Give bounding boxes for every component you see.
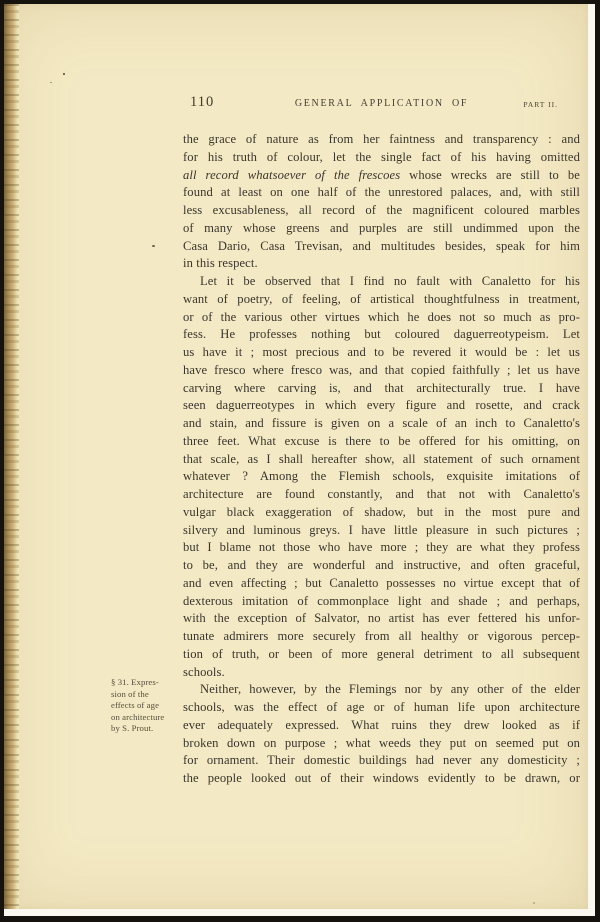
margin-note-line: § 31. Expres- [111,677,187,689]
text-line: Casa Dario, Casa Trevisan, and multitude… [183,238,580,256]
text-line: for his truth of colour, let the single … [183,149,580,167]
text-line: for ornament. Their domestic buildings h… [183,752,580,770]
scan-speck [50,82,52,83]
text-line: of many whose greens and purples are sti… [183,220,580,238]
text-line: or of the various other virtues which he… [183,309,580,327]
text-line: all record whatsoever of the frescoes wh… [183,167,580,185]
text-line: want of poetry, of feeling, of artistica… [183,291,580,309]
text-line: found at least on one half of the unrest… [183,184,580,202]
scan-speck [152,245,155,247]
text-line: carving where carving is, and that archi… [183,380,580,398]
text-line: vulgar black exaggeration of shadow, but… [183,504,580,522]
scan-speck [533,902,535,904]
text-line: architecture are found constantly, and t… [183,486,580,504]
text-line: have fresco where fresco was, and that c… [183,362,580,380]
text-line: Neither, however, by the Flemings nor by… [183,681,580,699]
text-line: in this respect. [183,255,580,273]
text-line: less excusableness, all record of the ma… [183,202,580,220]
text-line: the people looked out of their windows e… [183,770,580,788]
page-header: 110 GENERAL APPLICATION OF PART II. [183,94,580,112]
running-head: GENERAL APPLICATION OF [183,98,580,109]
page-binding-edge [4,4,19,909]
text-line: ever adequately expressed. What ruins th… [183,717,580,735]
part-label: PART II. [523,100,558,109]
text-line: tunate admirers more securely from all h… [183,628,580,646]
text-line: and stain, and fissure is given on a sca… [183,415,580,433]
text-line: tion of truth, or been of more general d… [183,646,580,664]
text-line: to be, and they are wonderful and instru… [183,557,580,575]
scan-speck [63,73,65,75]
text-line: three feet. What excuse is there to be o… [183,433,580,451]
text-line: the grace of nature as from her faintnes… [183,131,580,149]
text-line: whatever ? Among the Flemish schools, ex… [183,468,580,486]
text-line: fess. He professes nothing but coloured … [183,326,580,344]
text-line: and even affecting ; but Canaletto posse… [183,575,580,593]
text-line: Let it be observed that I find no fault … [183,273,580,291]
scanned-book-page: { "page": { "number": "110", "running_he… [0,0,600,922]
body-text: the grace of nature as from her faintnes… [183,131,580,788]
text-line: that scale, as I shall hereafter show, a… [183,451,580,469]
text-line: silvery and luminous greys. I have littl… [183,522,580,540]
margin-note-line: on architecture [111,712,187,724]
text-line: us have it ; most precious and to be rev… [183,344,580,362]
margin-note-line: sion of the [111,689,187,701]
text-line: with the exception of Salvator, no artis… [183,610,580,628]
text-line: seen daguerreotypes in which every figur… [183,397,580,415]
margin-note-line: effects of age [111,700,187,712]
text-line: dexterous imitation of commonplace light… [183,593,580,611]
text-line: schools, was the effect of age or of hum… [183,699,580,717]
text-line: but I blame not those who have more ; th… [183,539,580,557]
text-line: schools. [183,664,580,682]
text-line: broken down on purpose ; what weeds they… [183,735,580,753]
margin-note: § 31. Expres-sion of theeffects of ageon… [111,677,187,735]
margin-note-line: by S. Prout. [111,723,187,735]
